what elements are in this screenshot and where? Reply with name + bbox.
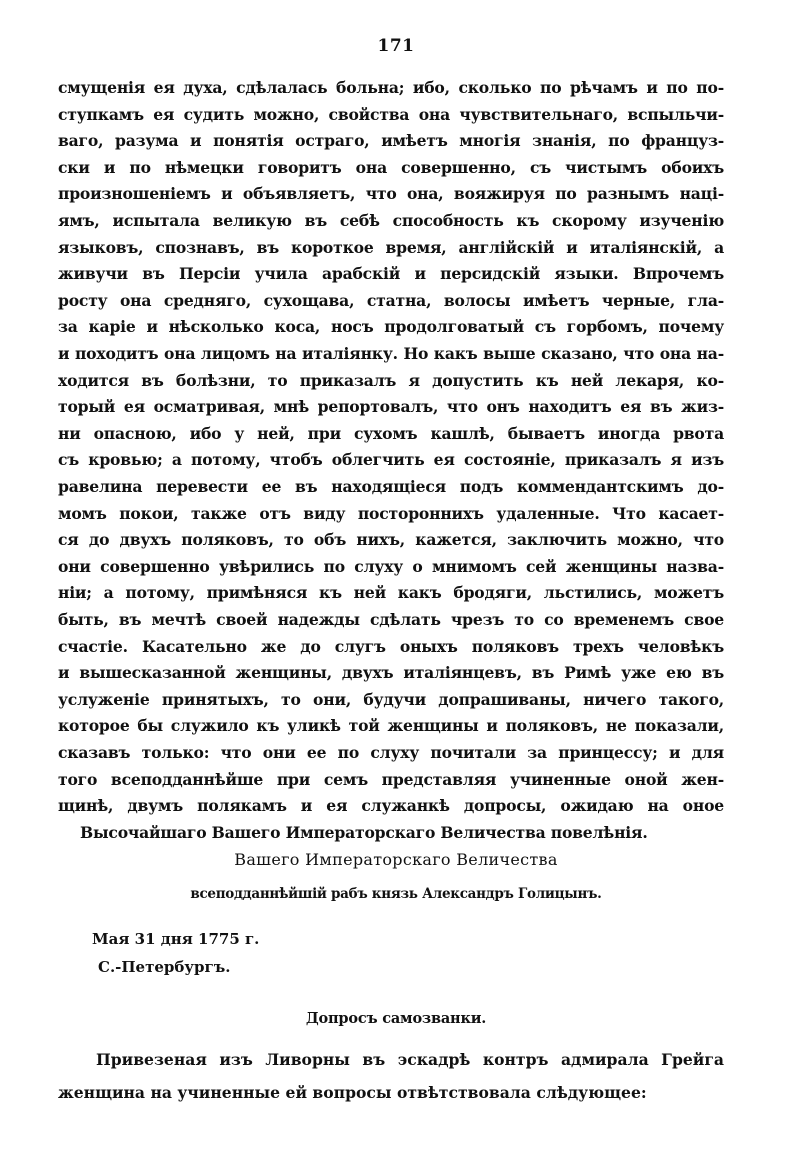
body-line: Высочайшаго Вашего Императорскаго Величе… <box>80 823 724 842</box>
body-line: они совершенно увѣрились по слуху о мним… <box>58 557 724 576</box>
body-line: за каріе и нѣсколько коса, носъ продолго… <box>58 317 724 336</box>
section-heading: Допросъ самозванки. <box>0 1010 792 1027</box>
body-line: языковъ, спознавъ, въ короткое время, ан… <box>58 238 724 257</box>
place-line: С.-Петербургъ. <box>98 958 230 976</box>
body-line: которое бы служило къ уликѣ той женщины … <box>58 716 724 735</box>
body-line: торый ея осматривая, мнѣ репортовалъ, чт… <box>58 397 724 416</box>
body-line: и походитъ она лицомъ на италіянку. Но к… <box>58 344 724 363</box>
section-line: Привезеная изъ Ливорны въ эскадрѣ контръ… <box>96 1050 724 1069</box>
body-line: равелина перевести ее въ находящіеся под… <box>58 477 724 496</box>
page-number: 171 <box>0 36 792 56</box>
section-line: женщина на учиненные ей вопросы отвѣтств… <box>58 1083 724 1102</box>
body-line: ски и по нѣмецки говоритъ она совершенно… <box>58 158 724 177</box>
date-line: Мая 31 дня 1775 г. <box>92 930 259 948</box>
body-line: смущенія ея духа, сдѣлалась больна; ибо,… <box>58 78 724 97</box>
body-line: момъ покои, также отъ виду постороннихъ … <box>58 504 724 523</box>
body-line: услуженіе принятыхъ, то они, будучи допр… <box>58 690 724 709</box>
signature-salutation: Вашего Императорскаго Величества <box>0 850 792 869</box>
body-line: сказавъ только: что они ее по слуху почи… <box>58 743 724 762</box>
body-line: ся до двухъ поляковъ, то объ нихъ, кажет… <box>58 530 724 549</box>
body-line: ніи; а потому, примѣняся къ ней какъ бро… <box>58 583 724 602</box>
body-line: быть, въ мечтѣ своей надежды сдѣлать чре… <box>58 610 724 629</box>
body-line: и вышесказанной женщины, двухъ италіянце… <box>58 663 724 682</box>
body-line: счастіе. Касательно же до слугъ оныхъ по… <box>58 637 724 656</box>
body-line: щинѣ, двумъ полякамъ и ея служанкѣ допро… <box>58 796 724 815</box>
body-line: живучи въ Персіи учила арабскій и персид… <box>58 264 724 283</box>
body-line: произношеніемъ и объявляетъ, что она, во… <box>58 184 724 203</box>
body-line: ступкамъ ея судить можно, свойства она ч… <box>58 105 724 124</box>
signature-name: всеподданнѣйшій рабъ князь Александръ Го… <box>0 886 792 902</box>
body-line: съ кровью; а потому, чтобъ облегчить ея … <box>58 450 724 469</box>
body-line: ни опасною, ибо у ней, при сухомъ кашлѣ,… <box>58 424 724 443</box>
body-line: росту она средняго, сухощава, статна, во… <box>58 291 724 310</box>
body-line: ваго, разума и понятія остраго, имѣетъ м… <box>58 131 724 150</box>
body-line: ямъ, испытала великую въ себѣ способност… <box>58 211 724 230</box>
body-line: ходится въ болѣзни, то приказалъ я допус… <box>58 371 724 390</box>
body-line: того всеподданнѣйше при семъ представляя… <box>58 770 724 789</box>
